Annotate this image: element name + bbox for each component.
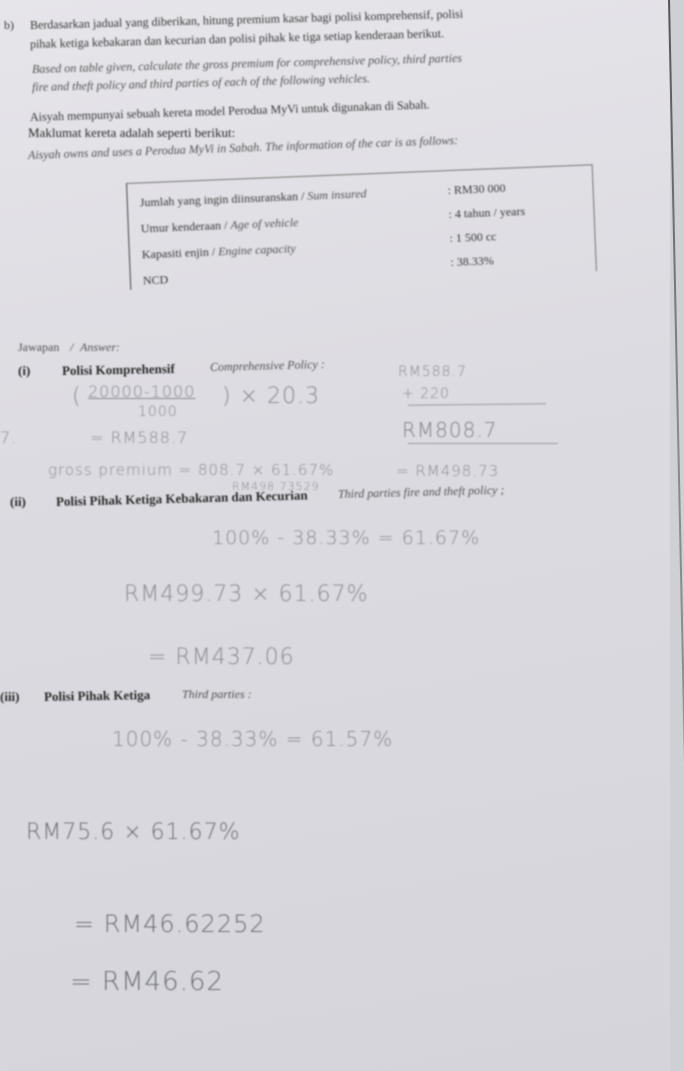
info-label-ms: Kapasiti enjin [142,245,209,262]
part-i-title-ms: Polisi Komprehensif [62,361,175,379]
malay-scenario-line2: Maklumat kereta adalah seperti berikut: [28,125,235,141]
sum-rule [408,403,546,405]
part-i-gross-result: = RM498.73 [396,462,499,480]
part-ii-ncd-calc: 100% - 38.33% = 61.67% [212,527,480,549]
part-i-sum-line2: + 220 [402,386,450,402]
info-row-engine: Kapasiti enjin / Engine capacity [142,241,296,262]
vehicle-info-table: Jumlah yang ingin diinsuranskan / Sum in… [126,164,597,290]
malay-scenario-line1: Aisyah mempunyai sebuah kereta model Per… [30,97,430,125]
info-row-sum-insured: Jumlah yang ingin diinsuranskan / Sum in… [140,186,367,210]
info-value-age: : 4 tahun / years [448,204,525,222]
answer-heading-ms: Jawapan [18,340,59,355]
info-label-ms: NCD [143,272,169,287]
part-iii-title-ms: Polisi Pihak Ketiga [44,687,150,705]
part-i-margin-mark: 7. [0,428,17,447]
part-i-basic-premium: = RM588.7 [90,428,188,447]
part-iii-final-result: = RM46.62 [70,967,224,997]
info-label-ms: Umur kenderaan [141,218,222,235]
part-i-sum-total: RM808.7 [402,418,497,442]
part-i-gross-premium: gross premium = 808.7 × 61.67% [48,461,334,479]
part-iii-number: (iii) [0,689,20,705]
info-label-ms: Jumlah yang ingin diinsuranskan [140,189,299,209]
part-i-title-en: Comprehensive Policy : [210,357,325,375]
part-i-number: (i) [18,363,30,379]
info-value-ncd: : 38.33% [450,253,494,270]
question-number: b) [4,18,14,33]
part-i-sum-line1: RM588.7 [398,364,467,380]
part-iii-multiply: RM75.6 × 61.67% [26,820,241,845]
part-ii-number: (ii) [10,494,26,510]
total-underline [408,443,558,444]
info-row-ncd: NCD [143,272,169,288]
part-iii-title-en: Third parties : [182,687,252,702]
part-ii-multiply: RM499.73 × 61.67% [124,582,369,607]
part-ii-title-ms: Polisi Pihak Ketiga Kebakaran dan Kecuri… [56,487,308,510]
answer-heading-en: Answer: [80,340,120,355]
part-i-formula: (20000-1000 / 1000) × 20.3 [72,380,112,381]
info-label-en: Age of vehicle [230,215,298,232]
part-ii-result: = RM437.06 [148,645,295,670]
info-label-en: Engine capacity [218,241,296,258]
info-value-sum-insured: : RM30 000 [447,181,506,198]
english-instruction-line1: Based on table given, calculate the gros… [32,51,462,77]
info-value-engine: : 1 500 cc [449,229,497,246]
part-ii-title-en: Third parties fire and theft policy ; [338,483,505,502]
info-row-age: Umur kenderaan / Age of vehicle [141,215,299,236]
part-iii-raw-result: = RM46.62252 [74,910,266,938]
part-iii-ncd-calc: 100% - 38.33% = 61.57% [112,727,393,751]
info-label-en: Sum insured [307,186,367,202]
